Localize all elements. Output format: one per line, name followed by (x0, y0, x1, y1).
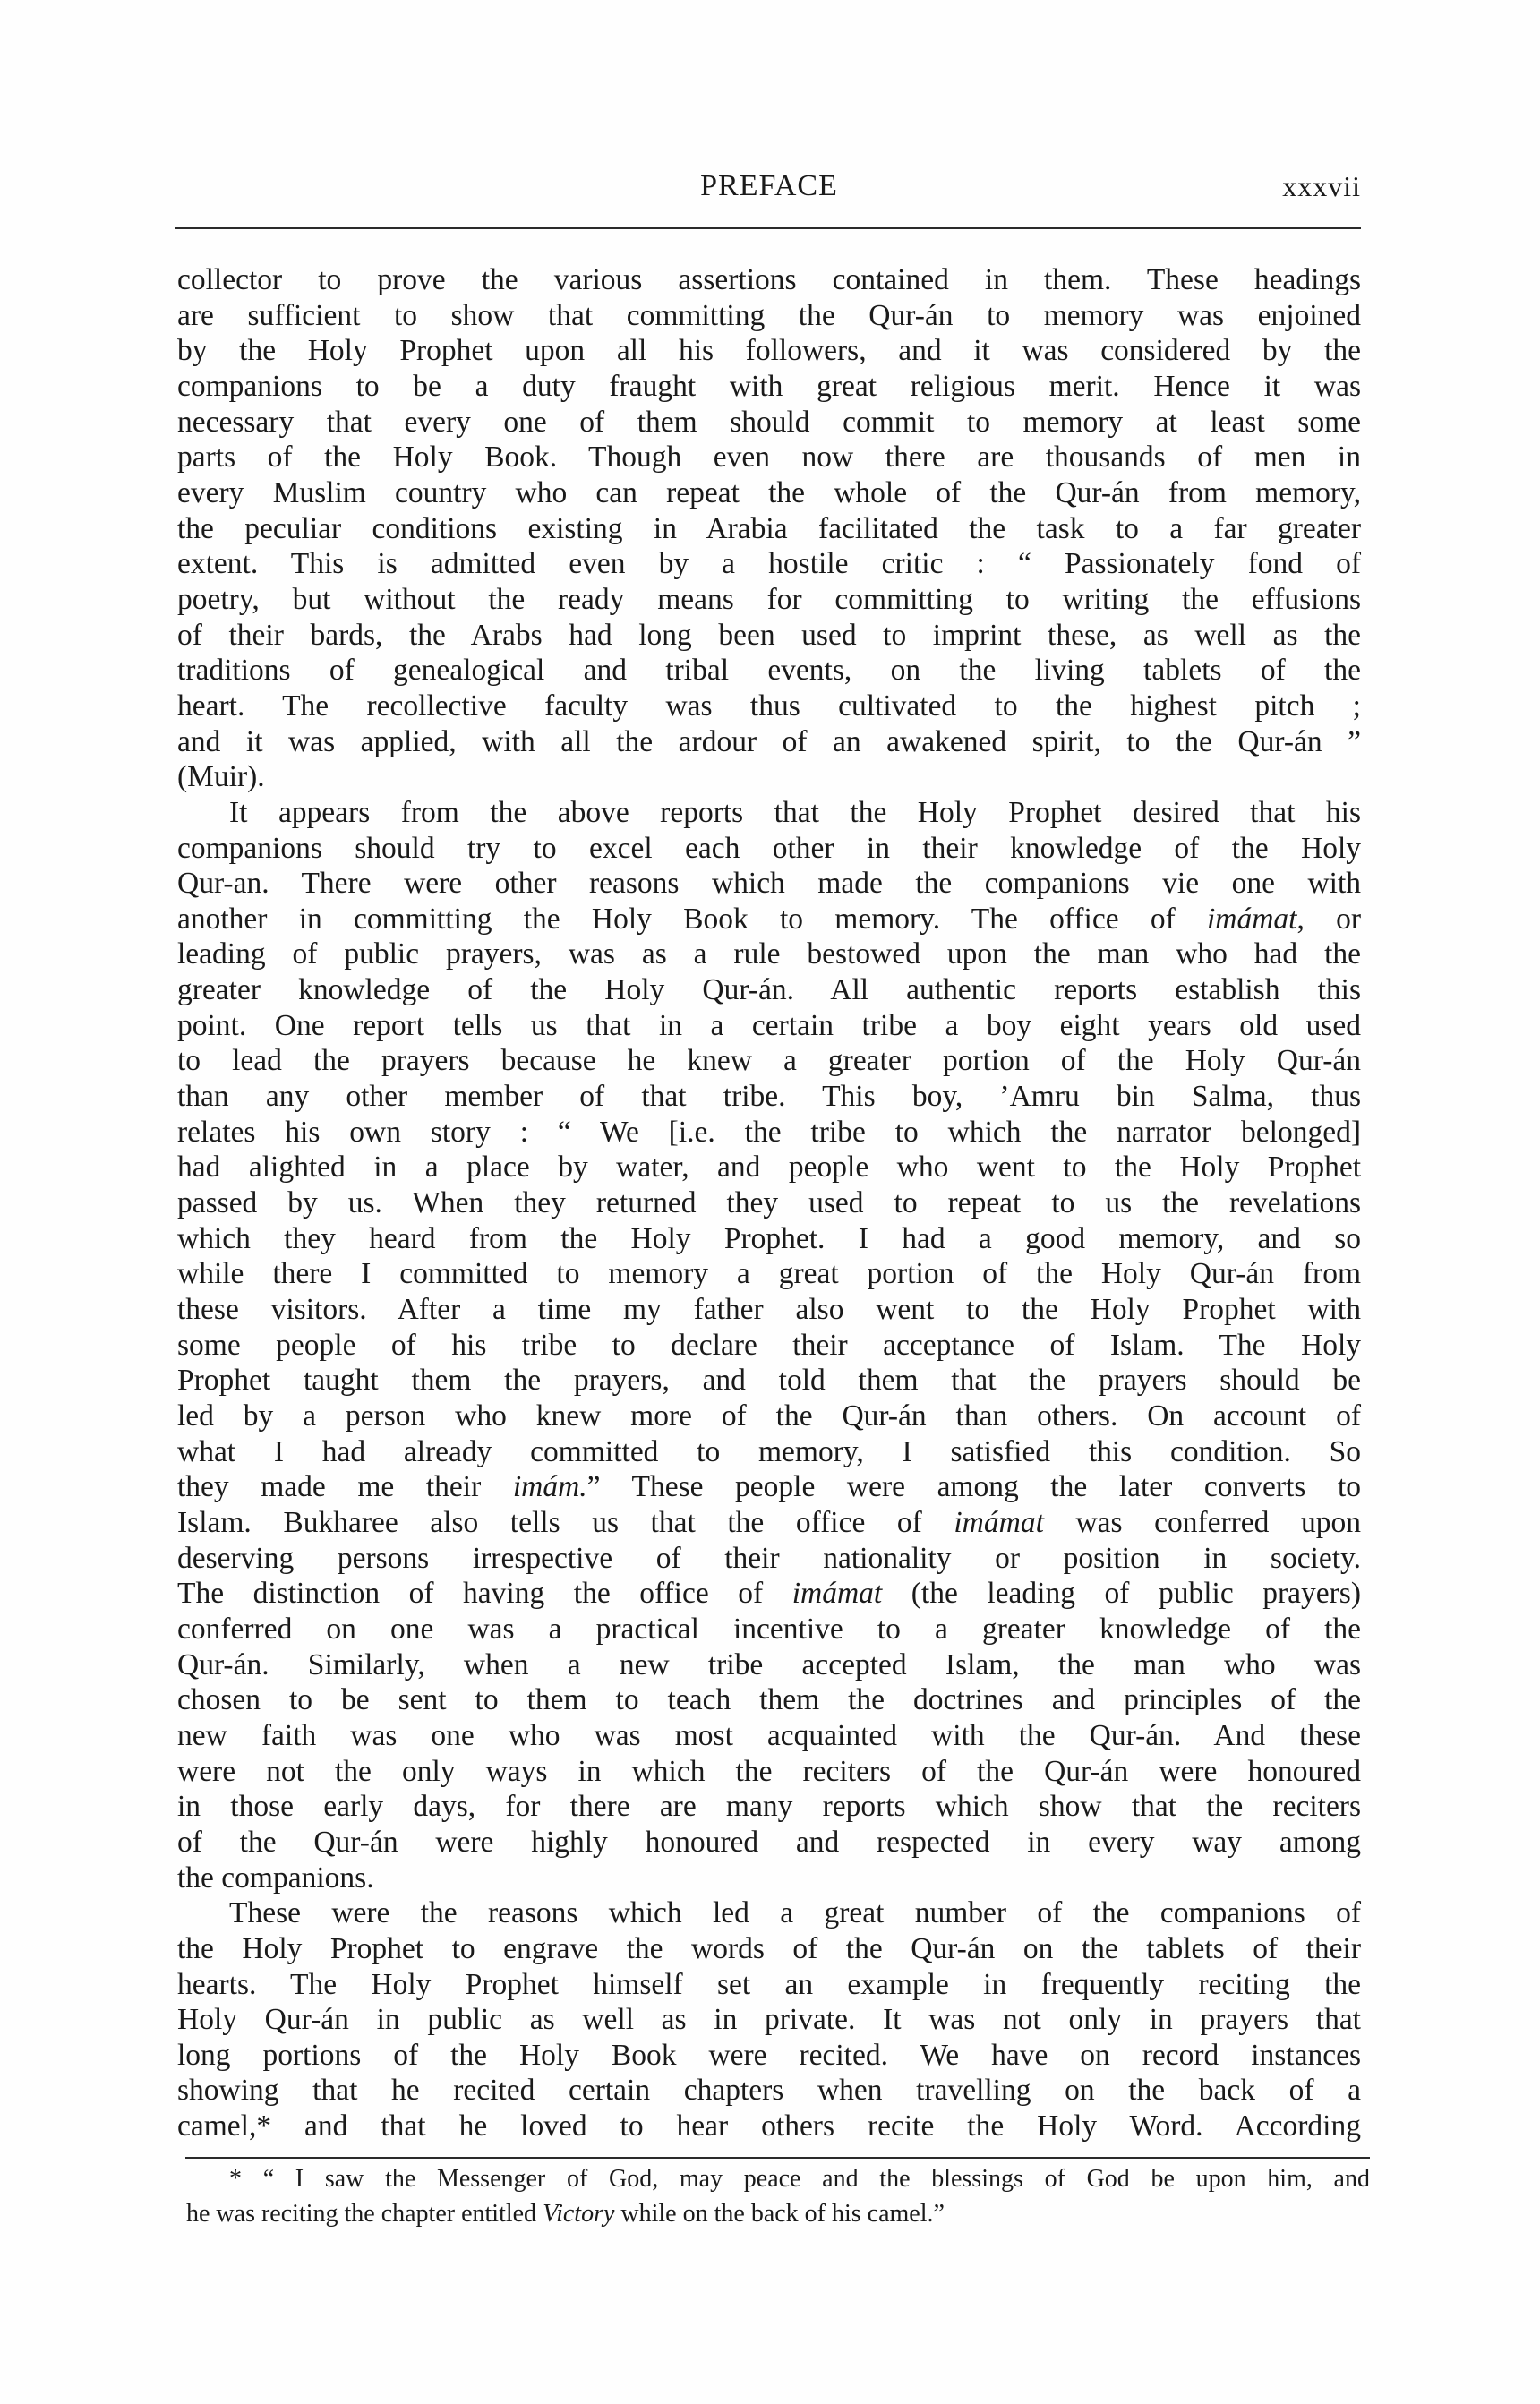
text-run: to lead the prayers because he knew a gr… (177, 1044, 1361, 1077)
text-line: and it was applied, with all the ardour … (177, 724, 1361, 760)
text-run: another in committing the Holy Book to m… (177, 903, 1207, 936)
text-run: while there I committed to memory a grea… (177, 1257, 1361, 1290)
running-head-title: PREFACE (177, 168, 1361, 204)
text-run: what I had already committed to memory, … (177, 1435, 1361, 1468)
text-run: companions should try to excel each othe… (177, 832, 1361, 865)
text-line: had alighted in a place by water, and pe… (177, 1150, 1361, 1185)
text-line: Holy Qur-án in public as well as in priv… (177, 2002, 1361, 2038)
text-line: by the Holy Prophet upon all his followe… (177, 333, 1361, 369)
text-line: some people of his tribe to declare thei… (177, 1328, 1361, 1364)
text-run: Qur-án. Similarly, when a new tribe acce… (177, 1648, 1361, 1681)
footnote-rule (185, 2157, 1370, 2159)
text-run: heart. The recollective faculty was thus… (177, 689, 1361, 723)
text-run: chosen to be sent to them to teach them … (177, 1683, 1361, 1716)
text-line: collector to prove the various assertion… (177, 262, 1361, 298)
text-line: companions should try to excel each othe… (177, 831, 1361, 867)
text-run: some people of his tribe to declare thei… (177, 1329, 1361, 1362)
text-line: Prophet taught them the prayers, and tol… (177, 1363, 1361, 1399)
italic-term: Victory (543, 2200, 614, 2228)
text-line: traditions of genealogical and tribal ev… (177, 653, 1361, 689)
text-line: are sufficient to show that committing t… (177, 298, 1361, 334)
text-run: and it was applied, with all the ardour … (177, 725, 1361, 758)
running-head: PREFACE xxxvii (177, 168, 1361, 204)
text-run: every Muslim country who can repeat the … (177, 476, 1361, 509)
text-run: Islam. Bukharee also tells us that the o… (177, 1506, 954, 1539)
text-line: greater knowledge of the Holy Qur-án. Al… (177, 972, 1361, 1008)
text-run: Prophet taught them the prayers, and tol… (177, 1364, 1361, 1397)
text-line: than any other member of that tribe. Thi… (177, 1079, 1361, 1115)
text-line: The distinction of having the office of … (177, 1576, 1361, 1612)
text-run: than any other member of that tribe. Thi… (177, 1080, 1361, 1113)
italic-term: imámat (954, 1506, 1044, 1539)
text-line: point. One report tells us that in a cer… (177, 1008, 1361, 1044)
text-run: had alighted in a place by water, and pe… (177, 1151, 1361, 1184)
page-number: xxxvii (1282, 168, 1361, 204)
text-run: were not the only ways in which the reci… (177, 1755, 1361, 1788)
text-line: hearts. The Holy Prophet himself set an … (177, 1967, 1361, 2003)
italic-term: imám. (513, 1470, 587, 1503)
text-line: deserving persons irrespective of their … (177, 1541, 1361, 1577)
text-run: while on the back of his camel.” (614, 2200, 945, 2228)
text-line: parts of the Holy Book. Though even now … (177, 440, 1361, 475)
text-run: led by a person who knew more of the Qur… (177, 1399, 1361, 1433)
text-run: point. One report tells us that in a cer… (177, 1009, 1361, 1042)
text-line: showing that he recited certain chapters… (177, 2073, 1361, 2109)
text-line: the peculiar conditions existing in Arab… (177, 511, 1361, 547)
text-line: Qur-án. Similarly, when a new tribe acce… (177, 1647, 1361, 1683)
text-line: conferred on one was a practical incenti… (177, 1612, 1361, 1647)
text-run: (the leading of public prayers) (882, 1577, 1361, 1610)
italic-term: imámat (1207, 903, 1297, 936)
text-run: leading of public prayers, was as a rule… (177, 937, 1361, 971)
text-run: , or (1296, 903, 1361, 936)
text-line: of their bards, the Arabs had long been … (177, 618, 1361, 654)
italic-term: imámat (792, 1577, 883, 1610)
text-line: while there I committed to memory a grea… (177, 1256, 1361, 1292)
body-text: collector to prove the various assertion… (177, 262, 1361, 2144)
footnote: * “ I saw the Messenger of God, may peac… (186, 2161, 1370, 2231)
text-run: It appears from the above reports that t… (229, 796, 1361, 829)
text-run: was conferred upon (1044, 1506, 1361, 1539)
text-run: extent. This is admitted even by a hosti… (177, 547, 1361, 580)
text-run: showing that he recited certain chapters… (177, 2074, 1361, 2107)
text-run: by the Holy Prophet upon all his followe… (177, 334, 1361, 367)
text-line: leading of public prayers, was as a rule… (177, 937, 1361, 972)
text-run: the peculiar conditions existing in Arab… (177, 512, 1361, 545)
text-line: which they heard from the Holy Prophet. … (177, 1221, 1361, 1257)
text-line: the companions. (177, 1861, 1361, 1896)
text-run: new faith was one who was most acquainte… (177, 1719, 1361, 1752)
text-run: traditions of genealogical and tribal ev… (177, 654, 1361, 687)
text-run: of their bards, the Arabs had long been … (177, 619, 1361, 652)
text-line: passed by us. When they returned they us… (177, 1185, 1361, 1221)
text-run: are sufficient to show that committing t… (177, 299, 1361, 332)
text-line: It appears from the above reports that t… (177, 795, 1361, 831)
text-run: hearts. The Holy Prophet himself set an … (177, 1968, 1361, 2001)
text-run: long portions of the Holy Book were reci… (177, 2039, 1361, 2072)
document-page: PREFACE xxxvii collector to prove the va… (0, 0, 1540, 2404)
text-run: he was reciting the chapter entitled (186, 2200, 543, 2228)
text-run: The distinction of having the office of (177, 1577, 792, 1610)
text-line: These were the reasons which led a great… (177, 1895, 1361, 1931)
text-line: of the Qur-án were highly honoured and r… (177, 1825, 1361, 1861)
text-line: the Holy Prophet to engrave the words of… (177, 1931, 1361, 1967)
text-run: of the Qur-án were highly honoured and r… (177, 1826, 1361, 1859)
text-run: Qur-an. There were other reasons which m… (177, 867, 1361, 900)
text-run: These were the reasons which led a great… (229, 1896, 1361, 1929)
text-run: ” These people were among the later conv… (587, 1470, 1361, 1503)
text-run: * “ I saw the Messenger of God, may peac… (229, 2165, 1370, 2193)
text-line: another in committing the Holy Book to m… (177, 902, 1361, 937)
text-run: relates his own story : “ We [i.e. the t… (177, 1116, 1361, 1149)
text-line: necessary that every one of them should … (177, 405, 1361, 441)
text-run: they made me their (177, 1470, 513, 1503)
text-run: necessary that every one of them should … (177, 406, 1361, 439)
text-run: companions to be a duty fraught with gre… (177, 370, 1361, 403)
footnote-line: * “ I saw the Messenger of God, may peac… (186, 2161, 1370, 2196)
text-line: in those early days, for there are many … (177, 1789, 1361, 1825)
text-line: Qur-an. There were other reasons which m… (177, 866, 1361, 902)
text-run: poetry, but without the ready means for … (177, 583, 1361, 616)
text-run: greater knowledge of the Holy Qur-án. Al… (177, 973, 1361, 1006)
text-run: deserving persons irrespective of their … (177, 1542, 1361, 1575)
text-run: conferred on one was a practical incenti… (177, 1613, 1361, 1646)
text-line: (Muir). (177, 759, 1361, 795)
text-line: relates his own story : “ We [i.e. the t… (177, 1115, 1361, 1151)
text-line: Islam. Bukharee also tells us that the o… (177, 1505, 1361, 1541)
text-line: new faith was one who was most acquainte… (177, 1718, 1361, 1754)
text-line: camel,* and that he loved to hear others… (177, 2109, 1361, 2144)
text-run: in those early days, for there are many … (177, 1790, 1361, 1823)
text-line: every Muslim country who can repeat the … (177, 475, 1361, 511)
text-line: companions to be a duty fraught with gre… (177, 369, 1361, 405)
text-line: heart. The recollective faculty was thus… (177, 689, 1361, 724)
text-run: parts of the Holy Book. Though even now … (177, 441, 1361, 474)
text-run: the Holy Prophet to engrave the words of… (177, 1932, 1361, 1965)
text-run: these visitors. After a time my father a… (177, 1293, 1361, 1326)
text-run: Holy Qur-án in public as well as in priv… (177, 2003, 1361, 2036)
text-line: led by a person who knew more of the Qur… (177, 1399, 1361, 1434)
text-line: they made me their imám.” These people w… (177, 1469, 1361, 1505)
text-run: which they heard from the Holy Prophet. … (177, 1222, 1361, 1255)
text-line: were not the only ways in which the reci… (177, 1754, 1361, 1790)
text-line: extent. This is admitted even by a hosti… (177, 546, 1361, 582)
text-line: what I had already committed to memory, … (177, 1434, 1361, 1470)
text-run: passed by us. When they returned they us… (177, 1186, 1361, 1219)
text-run: collector to prove the various assertion… (177, 263, 1361, 296)
text-line: poetry, but without the ready means for … (177, 582, 1361, 618)
text-run: (Muir). (177, 760, 265, 793)
text-run: the companions. (177, 1861, 374, 1895)
text-line: chosen to be sent to them to teach them … (177, 1682, 1361, 1718)
text-run: camel,* and that he loved to hear others… (177, 2109, 1361, 2143)
text-line: to lead the prayers because he knew a gr… (177, 1043, 1361, 1079)
header-rule (175, 227, 1361, 229)
footnote-line: he was reciting the chapter entitled Vic… (186, 2196, 1370, 2231)
text-line: long portions of the Holy Book were reci… (177, 2038, 1361, 2074)
text-line: these visitors. After a time my father a… (177, 1292, 1361, 1328)
